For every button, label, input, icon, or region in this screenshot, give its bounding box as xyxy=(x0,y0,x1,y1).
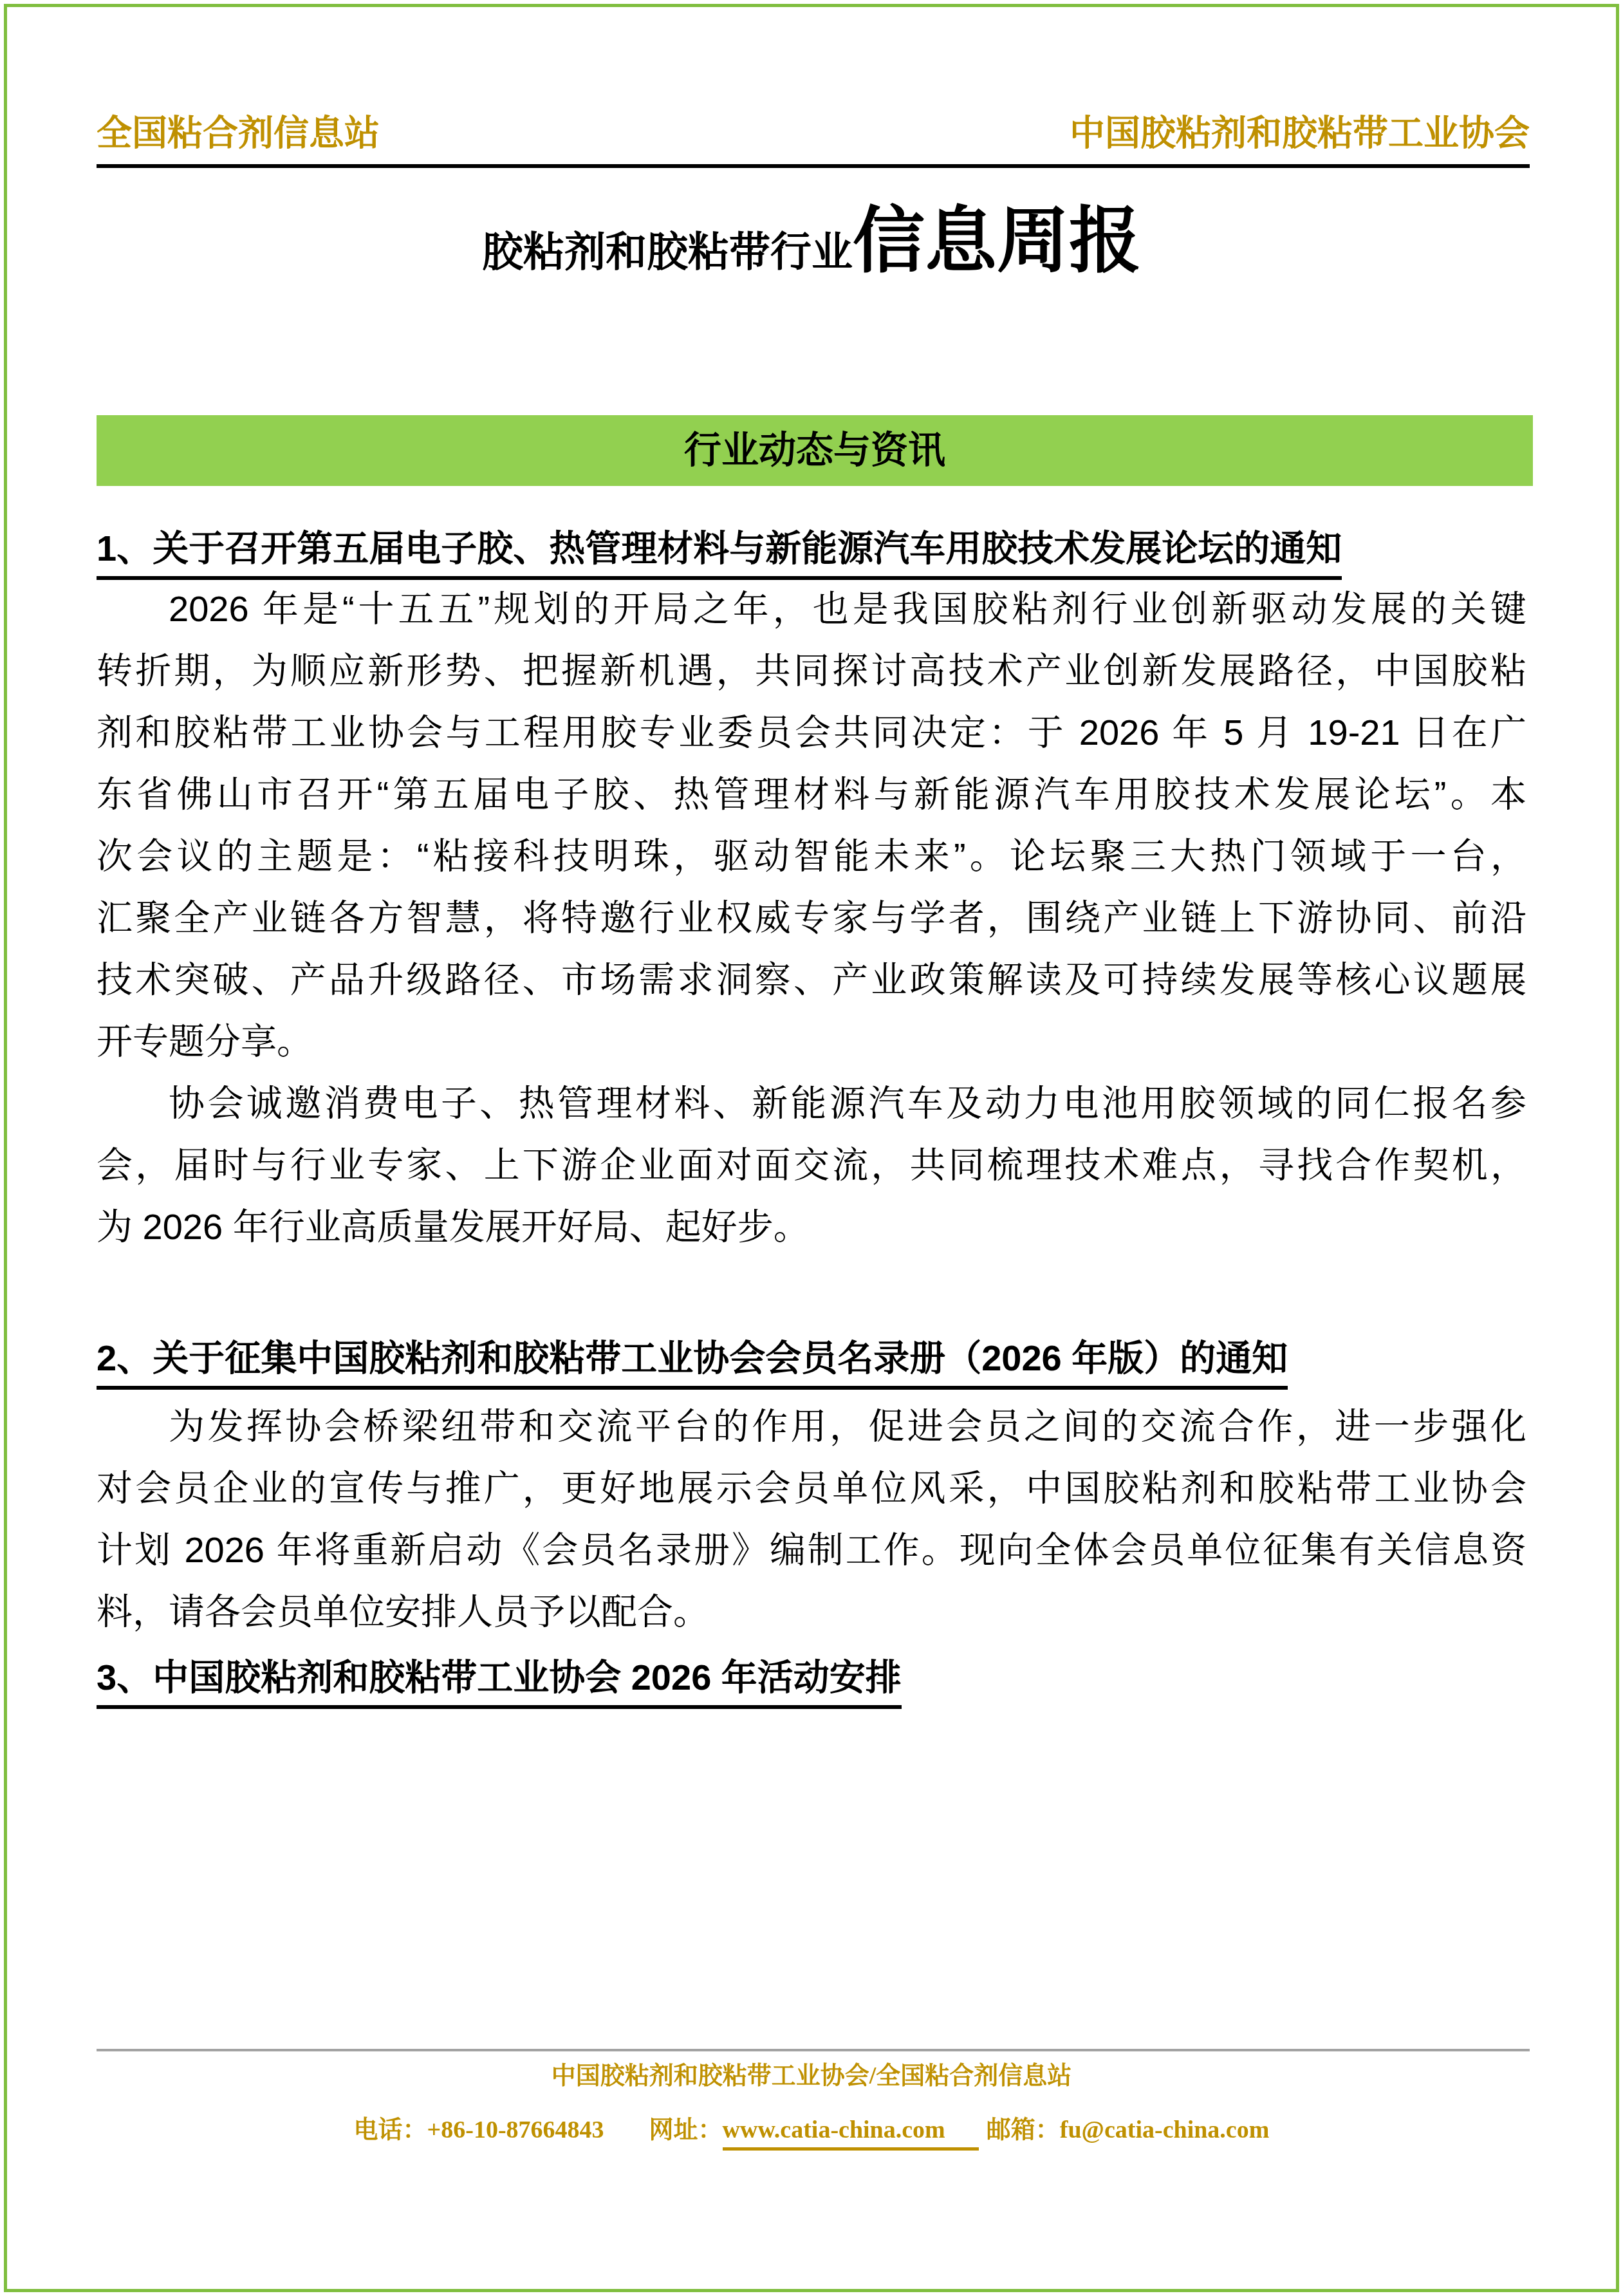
paragraph-line: 转折期，为顺应新形势、把握新机遇，共同探讨高技术产业创新发展路径，中国胶粘 xyxy=(97,640,1526,702)
paragraph-line: 开专题分享。 xyxy=(97,1011,1526,1072)
section1-heading: 1、关于召开第五届电子胶、热管理材料与新能源汽车用胶技术发展论坛的通知 xyxy=(97,523,1530,574)
footer-org-line: 中国胶粘剂和胶粘带工业协会/全国粘合剂信息站 xyxy=(0,2057,1623,2095)
section2-body: 为发挥协会桥梁纽带和交流平台的作用，促进会员之间的交流合作，进一步强化 对会员企… xyxy=(97,1395,1526,1643)
paragraph-line: 东省佛山市召开“第五届电子胶、热管理材料与新能源汽车用胶技术发展论坛”。本 xyxy=(97,763,1526,825)
phone-label: 电话：+86-10-87664843 xyxy=(354,2116,604,2143)
paragraph-line: 协会诚邀消费电子、热管理材料、新能源汽车及动力电池用胶领域的同仁报名参 xyxy=(97,1072,1526,1134)
page-header: 全国粘合剂信息站 中国胶粘剂和胶粘带工业协会 xyxy=(97,108,1530,158)
footer-divider xyxy=(97,2049,1530,2051)
email-label: 邮箱：fu@catia-china.com xyxy=(987,2116,1270,2143)
banner-label: 行业动态与资讯 xyxy=(684,429,945,471)
paragraph-line: 为发挥协会桥梁纽带和交流平台的作用，促进会员之间的交流合作，进一步强化 xyxy=(97,1395,1526,1457)
document-page: 全国粘合剂信息站 中国胶粘剂和胶粘带工业协会 胶粘剂和胶粘带行业信息周报 行业动… xyxy=(0,0,1623,2296)
header-left-org: 全国粘合剂信息站 xyxy=(97,108,380,158)
page-title: 胶粘剂和胶粘带行业信息周报 xyxy=(0,193,1623,312)
footer-contact-line: 电话：+86-10-87664843网址：www.catia-china.com… xyxy=(0,2111,1623,2149)
paragraph-line: 会，届时与行业专家、上下游企业面对面交流，共同梳理技术难点，寻找合作契机， xyxy=(97,1134,1526,1196)
header-divider xyxy=(97,164,1530,168)
section1-body: 2026 年是“十五五”规划的开局之年，也是我国胶粘剂行业创新驱动发展的关键 转… xyxy=(97,578,1526,1258)
paragraph-line: 对会员企业的宣传与推广，更好地展示会员单位风采，中国胶粘剂和胶粘带工业协会 xyxy=(97,1457,1526,1519)
title-prefix: 胶粘剂和胶粘带行业 xyxy=(482,229,853,275)
header-right-org: 中国胶粘剂和胶粘带工业协会 xyxy=(1070,108,1530,158)
paragraph-line: 为 2026 年行业高质量发展开好局、起好步。 xyxy=(97,1196,1526,1258)
website-label: 网址： xyxy=(649,2116,723,2143)
paragraph-line: 技术突破、产品升级路径、市场需求洞察、产业政策解读及可持续发展等核心议题展 xyxy=(97,949,1526,1011)
title-main: 信息周报 xyxy=(853,201,1141,281)
paragraph-line: 计划 2026 年将重新启动《会员名录册》编制工作。现向全体会员单位征集有关信息… xyxy=(97,1519,1526,1581)
paragraph-line: 次会议的主题是：“粘接科技明珠，驱动智能未来”。论坛聚三大热门领域于一台， xyxy=(97,825,1526,887)
website-link[interactable]: www.catia-china.com xyxy=(723,2116,979,2151)
paragraph-line: 汇聚全产业链各方智慧，将特邀行业权威专家与学者，围绕产业链上下游协同、前沿 xyxy=(97,887,1526,949)
section3-heading: 3、中国胶粘剂和胶粘带工业协会 2026 年活动安排 xyxy=(97,1652,1530,1703)
section2-heading: 2、关于征集中国胶粘剂和胶粘带工业协会会员名录册（2026 年版）的通知 xyxy=(97,1332,1530,1384)
paragraph-line: 2026 年是“十五五”规划的开局之年，也是我国胶粘剂行业创新驱动发展的关键 xyxy=(97,578,1526,640)
section-banner: 行业动态与资讯 xyxy=(97,415,1533,486)
paragraph-line: 剂和胶粘带工业协会与工程用胶专业委员会共同决定：于 2026 年 5 月 19-… xyxy=(97,702,1526,763)
paragraph-line: 料，请各会员单位安排人员予以配合。 xyxy=(97,1581,1526,1643)
